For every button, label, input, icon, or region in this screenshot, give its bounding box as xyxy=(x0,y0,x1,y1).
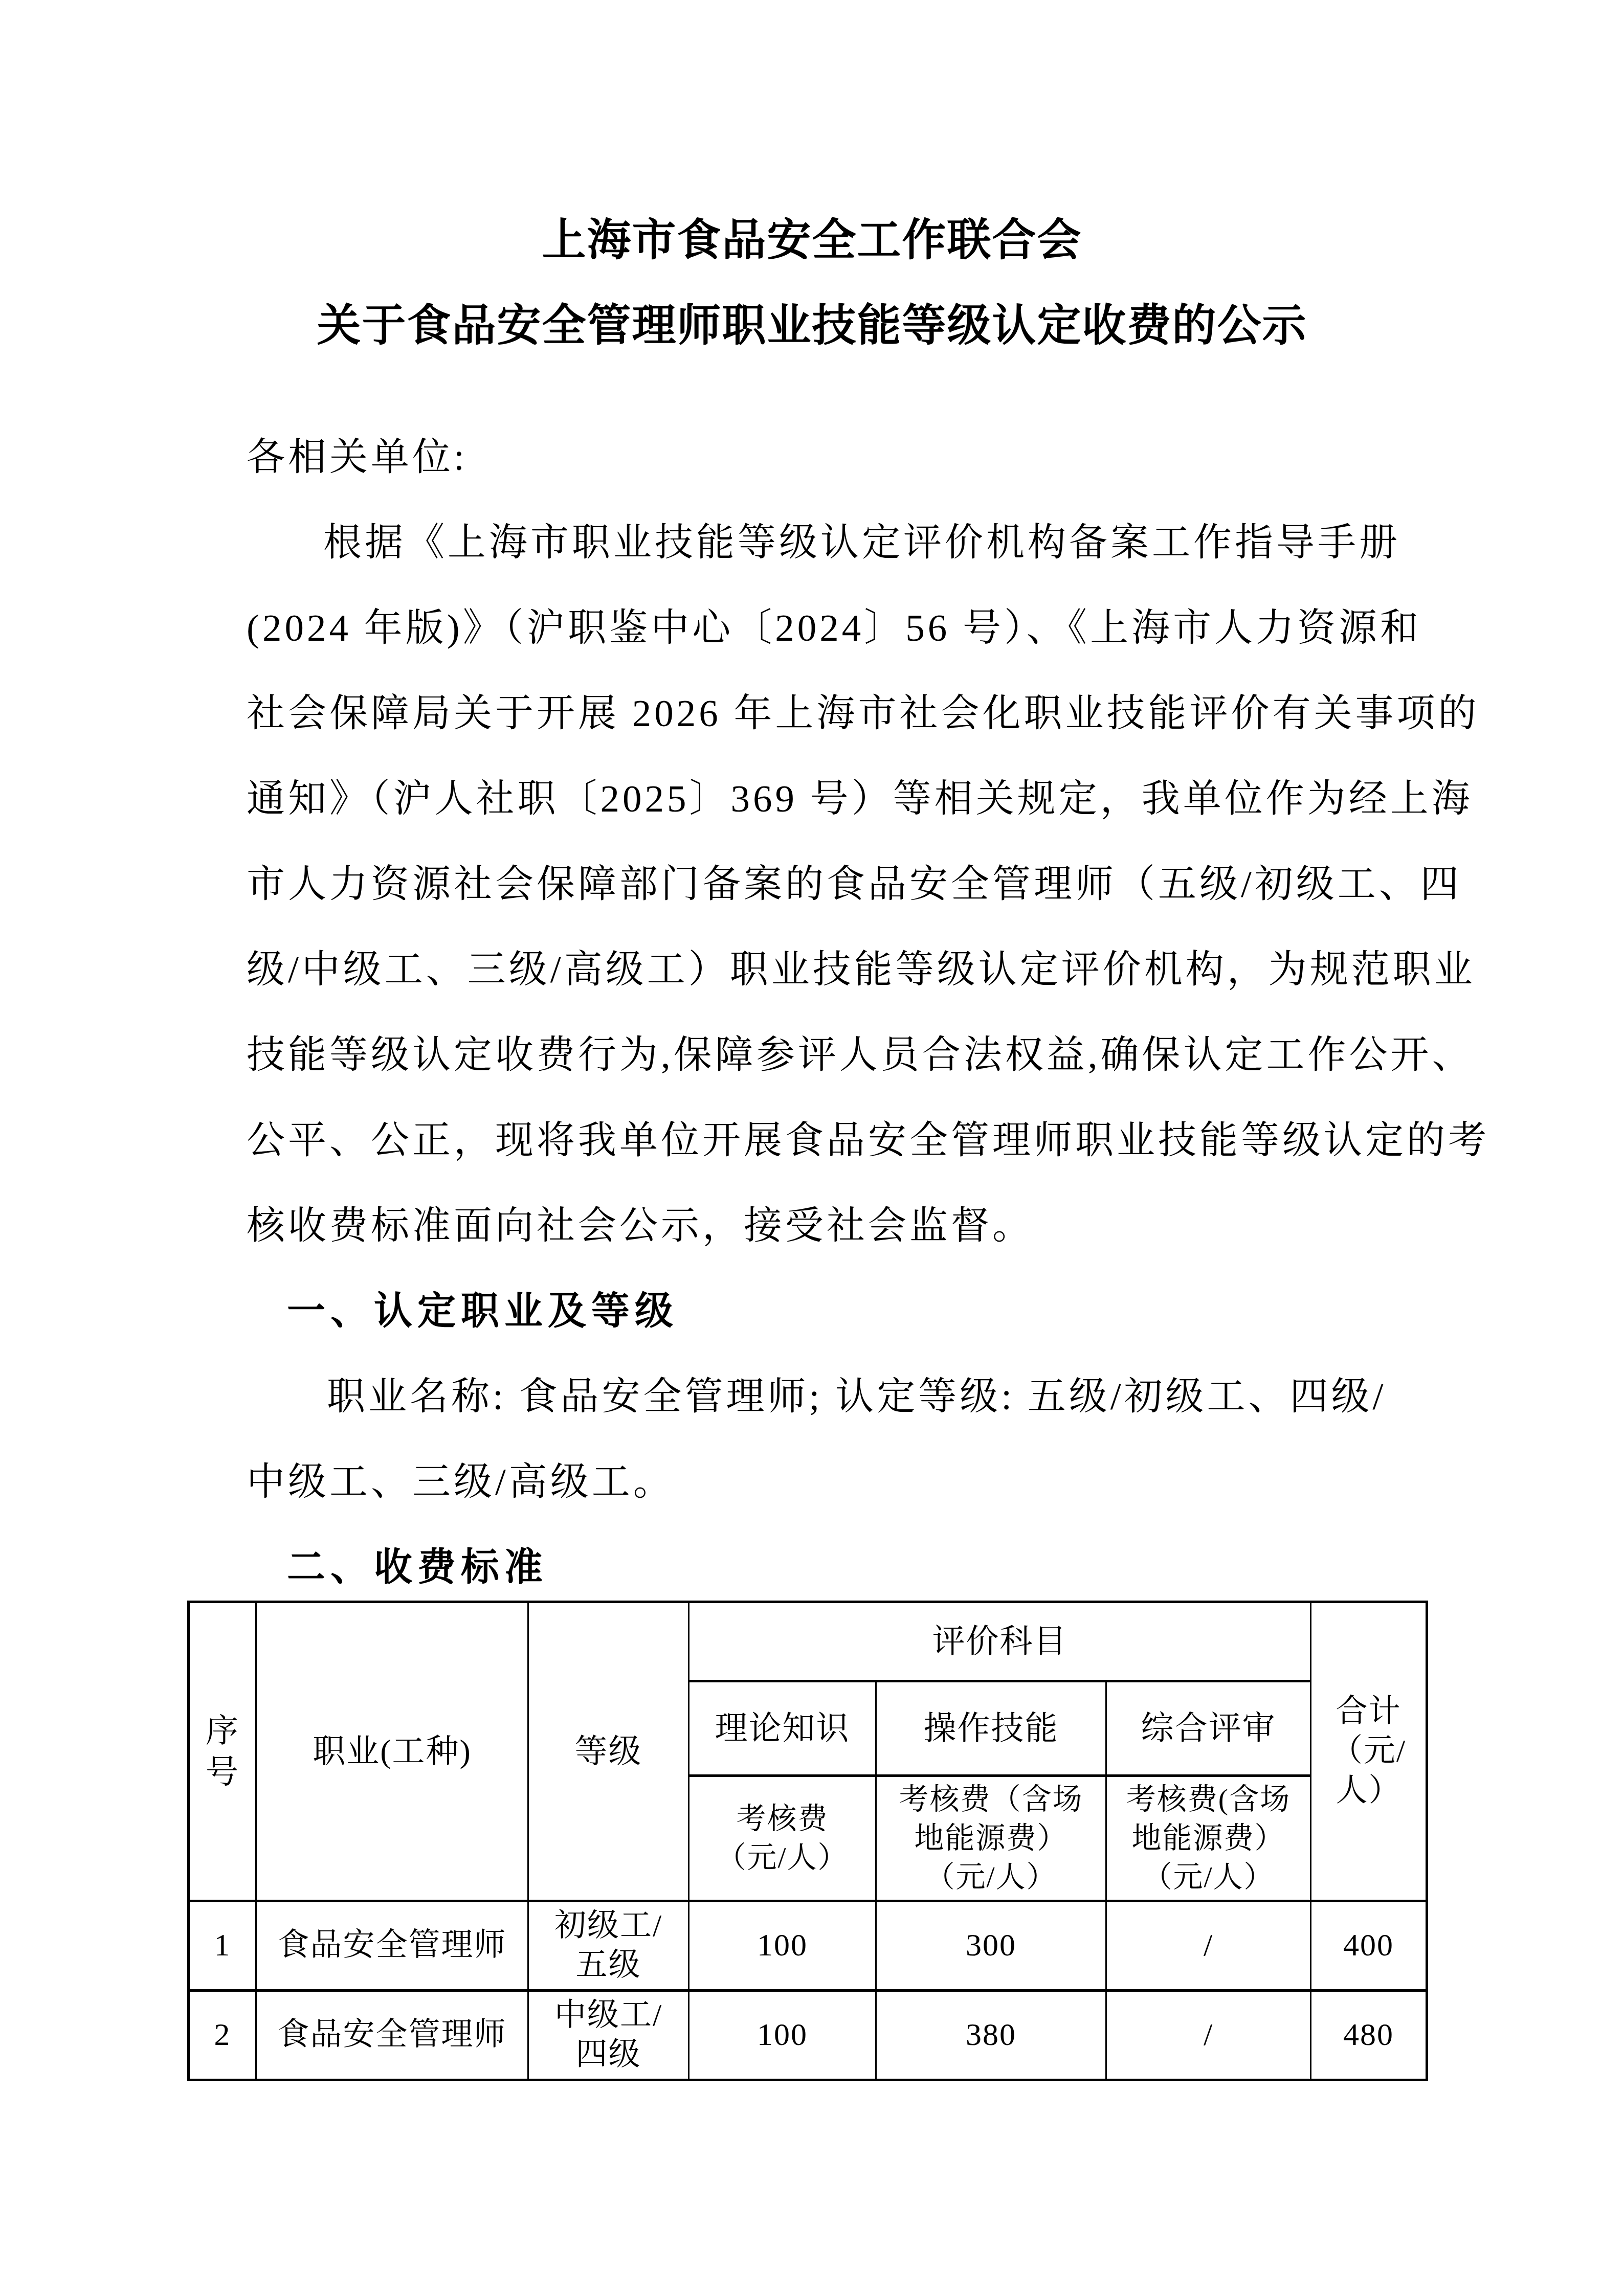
section-2-heading: 二、收费标准 xyxy=(247,1525,1380,1610)
cell-level: 初级工/ 五级 xyxy=(528,1901,689,1991)
col-header-occupation: 职业(工种) xyxy=(256,1602,528,1901)
section-1-line: 职业名称: 食品安全管理师; 认定等级: 五级/初级工、四级/ xyxy=(247,1354,1380,1439)
section-1-heading: 一、认定职业及等级 xyxy=(247,1269,1380,1354)
cell-level: 中级工/ 四级 xyxy=(528,1991,689,2080)
cell-theory-fee: 100 xyxy=(689,1991,876,2080)
paragraph-line: 公平、公正，现将我单位开展食品安全管理师职业技能等级认定的考 xyxy=(247,1098,1380,1183)
paragraph-line: 根据《上海市职业技能等级认定评价机构备案工作指导手册 xyxy=(247,500,1380,586)
section-1-line: 中级工、三级/高级工。 xyxy=(247,1439,1380,1525)
document-title-subject: 关于食品安全管理师职业技能等级认定收费的公示 xyxy=(0,299,1624,353)
paragraph-line: 级/中级工、三级/高级工）职业技能等级认定评价机构，为规范职业 xyxy=(247,927,1380,1012)
paragraph-line: 社会保障局关于开展 2026 年上海市社会化职业技能评价有关事项的 xyxy=(247,671,1380,756)
cell-occupation: 食品安全管理师 xyxy=(256,1991,528,2080)
table-row: 1 食品安全管理师 初级工/ 五级 100 300 / 400 xyxy=(189,1901,1427,1991)
document-body: 各相关单位: 根据《上海市职业技能等级认定评价机构备案工作指导手册 (2024 … xyxy=(247,415,1380,1610)
paragraph-line: 技能等级认定收费行为,保障参评人员合法权益,确保认定工作公开、 xyxy=(247,1012,1380,1098)
document-page: 上海市食品安全工作联合会 关于食品安全管理师职业技能等级认定收费的公示 各相关单… xyxy=(0,0,1624,2296)
cell-total: 400 xyxy=(1311,1901,1427,1991)
paragraph-line: (2024 年版)》（沪职鉴中心〔2024〕56 号）、《上海市人力资源和 xyxy=(247,586,1380,671)
col-header-seq: 序 号 xyxy=(189,1602,256,1901)
col-header-subjects-group: 评价科目 xyxy=(689,1602,1311,1681)
cell-review-fee: / xyxy=(1106,1901,1311,1991)
col-header-theory: 理论知识 xyxy=(689,1681,876,1776)
col-header-total: 合计 （元/ 人） xyxy=(1311,1602,1427,1901)
col-header-review-fee: 考核费(含场 地能源费） （元/人） xyxy=(1106,1776,1311,1901)
cell-seq: 1 xyxy=(189,1901,256,1991)
cell-total: 480 xyxy=(1311,1991,1427,2080)
paragraph-line: 通知》（沪人社职〔2025〕369 号）等相关规定，我单位作为经上海 xyxy=(247,756,1380,842)
paragraph-line: 市人力资源社会保障部门备案的食品安全管理师（五级/初级工、四 xyxy=(247,842,1380,927)
cell-skill-fee: 300 xyxy=(876,1901,1106,1991)
paragraph-line: 核收费标准面向社会公示，接受社会监督。 xyxy=(247,1183,1380,1269)
fee-standard-table: 序 号 职业(工种) 等级 评价科目 合计 （元/ 人） 理论知识 操作技能 综… xyxy=(187,1601,1428,2081)
salutation: 各相关单位: xyxy=(247,415,1380,500)
table-row: 2 食品安全管理师 中级工/ 四级 100 380 / 480 xyxy=(189,1991,1427,2080)
cell-skill-fee: 380 xyxy=(876,1991,1106,2080)
document-title-org: 上海市食品安全工作联合会 xyxy=(0,213,1624,267)
col-header-theory-fee: 考核费 （元/人） xyxy=(689,1776,876,1901)
col-header-level: 等级 xyxy=(528,1602,689,1901)
cell-seq: 2 xyxy=(189,1991,256,2080)
col-header-skill: 操作技能 xyxy=(876,1681,1106,1776)
cell-review-fee: / xyxy=(1106,1991,1311,2080)
cell-theory-fee: 100 xyxy=(689,1901,876,1991)
col-header-review: 综合评审 xyxy=(1106,1681,1311,1776)
cell-occupation: 食品安全管理师 xyxy=(256,1901,528,1991)
col-header-skill-fee: 考核费（含场 地能源费） （元/人） xyxy=(876,1776,1106,1901)
